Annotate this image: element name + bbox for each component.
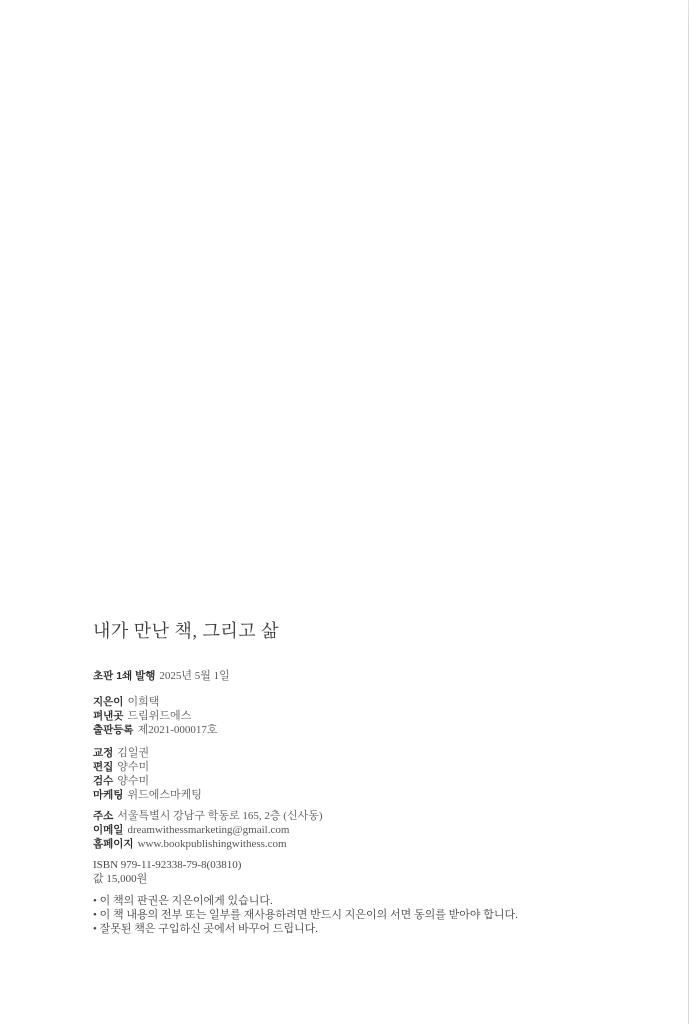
notice-exchange: • 잘못된 책은 구입하신 곳에서 바꾸어 드립니다. [93,922,633,936]
publisher-label: 펴낸곳 [93,710,123,722]
review-line: 검수양수미 [93,774,633,788]
proofreading-line: 교정김일권 [93,746,633,760]
publisher-line: 펴낸곳드림위드에스 [93,709,633,723]
notice-reuse: • 이 책 내용의 전부 또는 일부를 재사용하려면 반드시 지은이의 서면 동… [93,908,633,922]
edition-value: 2025년 5월 1일 [159,670,229,682]
email-label: 이메일 [93,824,123,836]
publisher-value: 드림위드에스 [127,710,191,722]
address-label: 주소 [93,810,113,822]
page-edge-divider [688,0,689,1024]
colophon-page: { "page": { "title": "내가 만난 책, 그리고 삶", "… [0,0,691,1024]
registration-label: 출판등록 [93,724,134,736]
proofreading-label: 교정 [93,747,113,759]
editing-label: 편집 [93,761,113,773]
edition-block: 초판 1쇄 발행2025년 5월 1일 [93,669,633,683]
notices-block: • 이 책의 판권은 지은이에게 있습니다. • 이 책 내용의 전부 또는 일… [93,894,633,936]
email-value: dreamwithessmarketing@gmail.com [127,824,289,836]
isbn-line: ISBN 979-11-92338-79-8(03810) [93,858,633,872]
homepage-value: www.bookpublishingwithess.com [138,838,287,850]
email-line: 이메일dreamwithessmarketing@gmail.com [93,823,633,837]
homepage-label: 홈페이지 [93,838,134,850]
colophon-content: 내가 만난 책, 그리고 삶 초판 1쇄 발행2025년 5월 1일 지은이이희… [93,620,633,936]
author-line: 지은이이희택 [93,695,633,709]
review-value: 양수미 [117,775,149,787]
proofreading-value: 김일권 [117,747,149,759]
editing-line: 편집양수미 [93,760,633,774]
editing-value: 양수미 [117,761,149,773]
marketing-line: 마케팅위드에스마케팅 [93,788,633,802]
registration-value: 제2021-000017호 [138,724,218,736]
review-label: 검수 [93,775,113,787]
staff-block: 교정김일권 편집양수미 검수양수미 마케팅위드에스마케팅 [93,746,633,802]
edition-line: 초판 1쇄 발행2025년 5월 1일 [93,669,633,683]
edition-label: 초판 1쇄 발행 [93,670,155,682]
contact-block: 주소서울특별시 강남구 학동로 165, 2층 (신사동) 이메일dreamwi… [93,809,633,851]
address-line: 주소서울특별시 강남구 학동로 165, 2층 (신사동) [93,809,633,823]
notice-copyright: • 이 책의 판권은 지은이에게 있습니다. [93,894,633,908]
marketing-label: 마케팅 [93,789,123,801]
publication-block: 지은이이희택 펴낸곳드림위드에스 출판등록제2021-000017호 [93,695,633,737]
isbn-block: ISBN 979-11-92338-79-8(03810) 값 15,000원 [93,858,633,886]
address-value: 서울특별시 강남구 학동로 165, 2층 (신사동) [117,810,322,822]
price-line: 값 15,000원 [93,872,633,886]
homepage-line: 홈페이지www.bookpublishingwithess.com [93,837,633,851]
registration-line: 출판등록제2021-000017호 [93,723,633,737]
author-value: 이희택 [127,696,159,708]
author-label: 지은이 [93,696,123,708]
book-title: 내가 만난 책, 그리고 삶 [93,620,633,642]
marketing-value: 위드에스마케팅 [127,789,201,801]
